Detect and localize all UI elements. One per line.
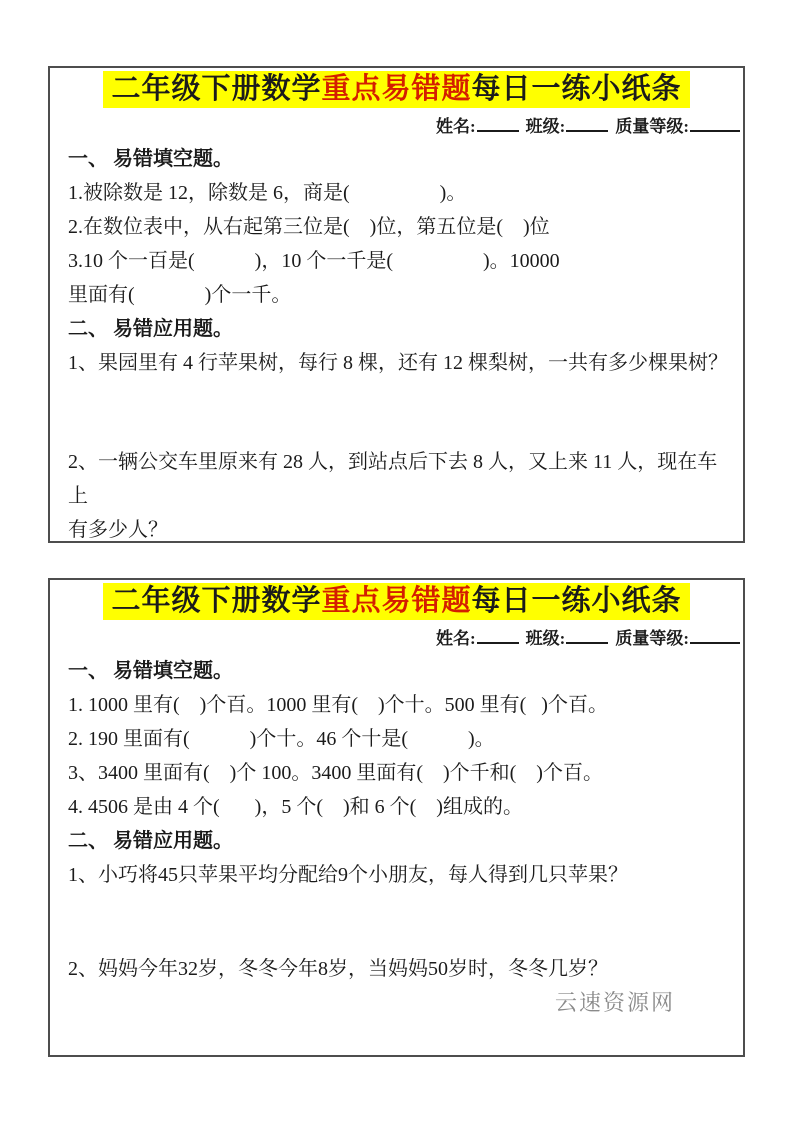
sheet1-grade-blank	[690, 117, 740, 132]
sheet2-name-label: 姓名:	[436, 629, 476, 648]
sheet1-fill-question-2: 2.在数位表中，从右起第三位是( )位，第五位是( )位	[68, 210, 731, 244]
sheet2-word-problem-2: 2、妈妈今年32岁，冬冬今年8岁，当妈妈50岁时，冬冬几岁？	[68, 952, 731, 986]
sheet1-title: 二年级下册数学重点易错题每日一练小纸条	[103, 71, 689, 108]
sheet2-content: 一、 易错填空题。 1. 1000 里有( )个百。1000 里有( )个十。5…	[50, 652, 743, 986]
sheet2-title-row: 二年级下册数学重点易错题每日一练小纸条	[50, 583, 743, 620]
sheet2-grade-blank	[690, 629, 740, 644]
sheet1-content: 一、 易错填空题。 1.被除数是 12，除数是 6，商是( )。 2.在数位表中…	[50, 140, 743, 543]
worksheet-strip-2: 二年级下册数学重点易错题每日一练小纸条 姓名:班级:质量等级: 一、 易错填空题…	[48, 578, 745, 1057]
sheet2-title-part2: 每日一练小纸条	[472, 585, 682, 617]
sheet1-word-problem-2-continued: 有多少人？	[68, 513, 731, 543]
sheet1-section2-heading: 二、 易错应用题。	[68, 312, 731, 346]
sheet1-word-problem-2: 2、一辆公交车里原来有 28 人，到站点后下去 8 人，又上来 11 人，现在车…	[68, 445, 731, 513]
sheet2-title-highlight: 重点易错题	[321, 585, 471, 617]
sheet2-title-part1: 二年级下册数学	[111, 585, 321, 617]
sheet2-name-class-grade-line: 姓名:班级:质量等级:	[50, 626, 743, 652]
sheet1-class-blank	[566, 117, 608, 132]
sheet1-class-label: 班级:	[526, 117, 566, 136]
sheet1-word-problem-1: 1、果园里有 4 行苹果树，每行 8 棵，还有 12 棵梨树，一共有多少棵果树？	[68, 346, 731, 380]
sheet2-fill-question-3: 3、3400 里面有( )个 100。3400 里面有( )个千和( )个百。	[68, 756, 731, 790]
worksheet-page: 二年级下册数学重点易错题每日一练小纸条 姓名:班级:质量等级: 一、 易错填空题…	[0, 0, 793, 1122]
sheet2-class-blank	[566, 629, 608, 644]
sheet1-title-row: 二年级下册数学重点易错题每日一练小纸条	[50, 71, 743, 108]
sheet2-fill-question-2: 2. 190 里面有( )个十。46 个十是( )。	[68, 722, 731, 756]
sheet1-fill-question-1: 1.被除数是 12，除数是 6，商是( )。	[68, 176, 731, 210]
site-watermark: 云速资源网	[555, 986, 675, 1017]
sheet1-name-class-grade-line: 姓名:班级:质量等级:	[50, 114, 743, 140]
sheet2-class-label: 班级:	[526, 629, 566, 648]
sheet2-word-problem-1: 1、小巧将45只苹果平均分配给9个小朋友，每人得到几只苹果？	[68, 858, 731, 892]
sheet1-name-blank	[477, 117, 519, 132]
worksheet-strip-1: 二年级下册数学重点易错题每日一练小纸条 姓名:班级:质量等级: 一、 易错填空题…	[48, 66, 745, 543]
sheet2-title: 二年级下册数学重点易错题每日一练小纸条	[103, 583, 689, 620]
sheet1-title-part1: 二年级下册数学	[111, 73, 321, 105]
sheet1-fill-question-3: 3.10 个一百是( )，10 个一千是( )。10000	[68, 244, 731, 278]
sheet2-name-blank	[477, 629, 519, 644]
sheet2-fill-question-4: 4. 4506 是由 4 个( )，5 个( )和 6 个( )组成的。	[68, 790, 731, 824]
sheet2-section1-heading: 一、 易错填空题。	[68, 654, 731, 688]
sheet1-grade-label: 质量等级:	[615, 117, 689, 136]
sheet1-name-label: 姓名:	[436, 117, 476, 136]
sheet2-grade-label: 质量等级:	[615, 629, 689, 648]
sheet2-fill-question-1: 1. 1000 里有( )个百。1000 里有( )个十。500 里有( )个百…	[68, 688, 731, 722]
sheet1-title-part2: 每日一练小纸条	[472, 73, 682, 105]
sheet1-title-highlight: 重点易错题	[321, 73, 471, 105]
sheet1-fill-question-3-continued: 里面有( )个一千。	[68, 278, 731, 312]
sheet2-section2-heading: 二、 易错应用题。	[68, 824, 731, 858]
sheet1-section1-heading: 一、 易错填空题。	[68, 142, 731, 176]
